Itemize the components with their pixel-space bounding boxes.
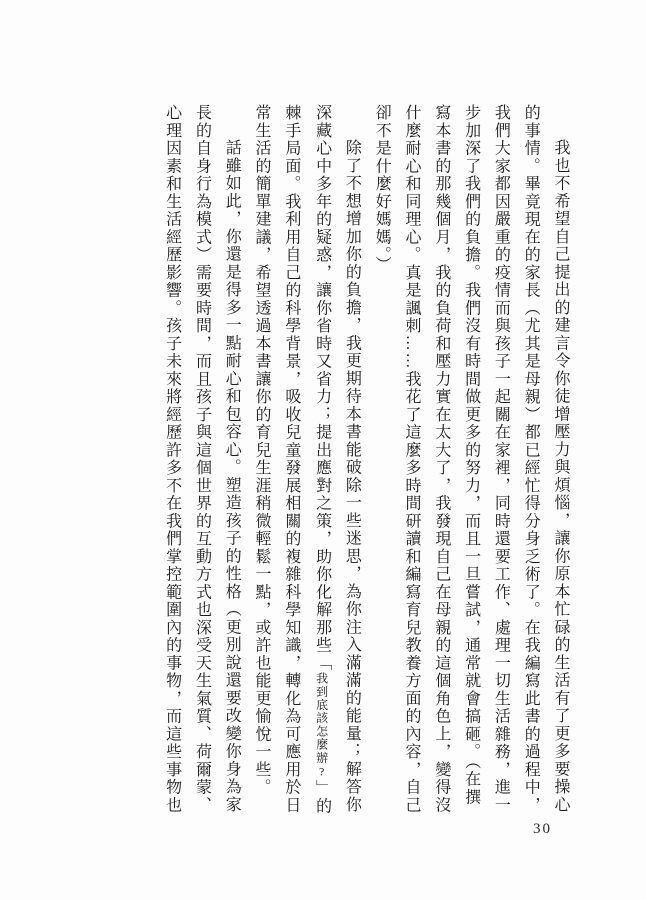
- paragraph: 話雖如此，你還是得多一點耐心和包容心。塑造孩子的性格（更別說還要改變你身為家長的…: [157, 104, 246, 822]
- paragraph: 除了不想增加你的負擔，我更期待本書能破除一些迷思，為你注入滿滿的能量；解答你深藏…: [246, 104, 366, 822]
- text-segment: 我也不希望自己提出的建言令你徒增壓力與煩惱，讓你原本忙碌的生活有了更多要操心的事…: [373, 104, 569, 814]
- paragraph: 我也不希望自己提出的建言令你徒增壓力與煩惱，讓你原本忙碌的生活有了更多要操心的事…: [366, 104, 575, 822]
- page-number: 30: [533, 821, 552, 838]
- text-segment: 話雖如此，你還是得多一點耐心和包容心。塑造孩子的性格（更別說還要改變你身為家長的…: [164, 104, 241, 814]
- body-text: 我也不希望自己提出的建言令你徒增壓力與煩惱，讓你原本忙碌的生活有了更多要操心的事…: [128, 104, 575, 822]
- inline-quote-small-text: 我到底該怎麼辦?: [315, 672, 329, 780]
- book-page: 我也不希望自己提出的建言令你徒增壓力與煩惱，讓你原本忙碌的生活有了更多要操心的事…: [0, 0, 646, 900]
